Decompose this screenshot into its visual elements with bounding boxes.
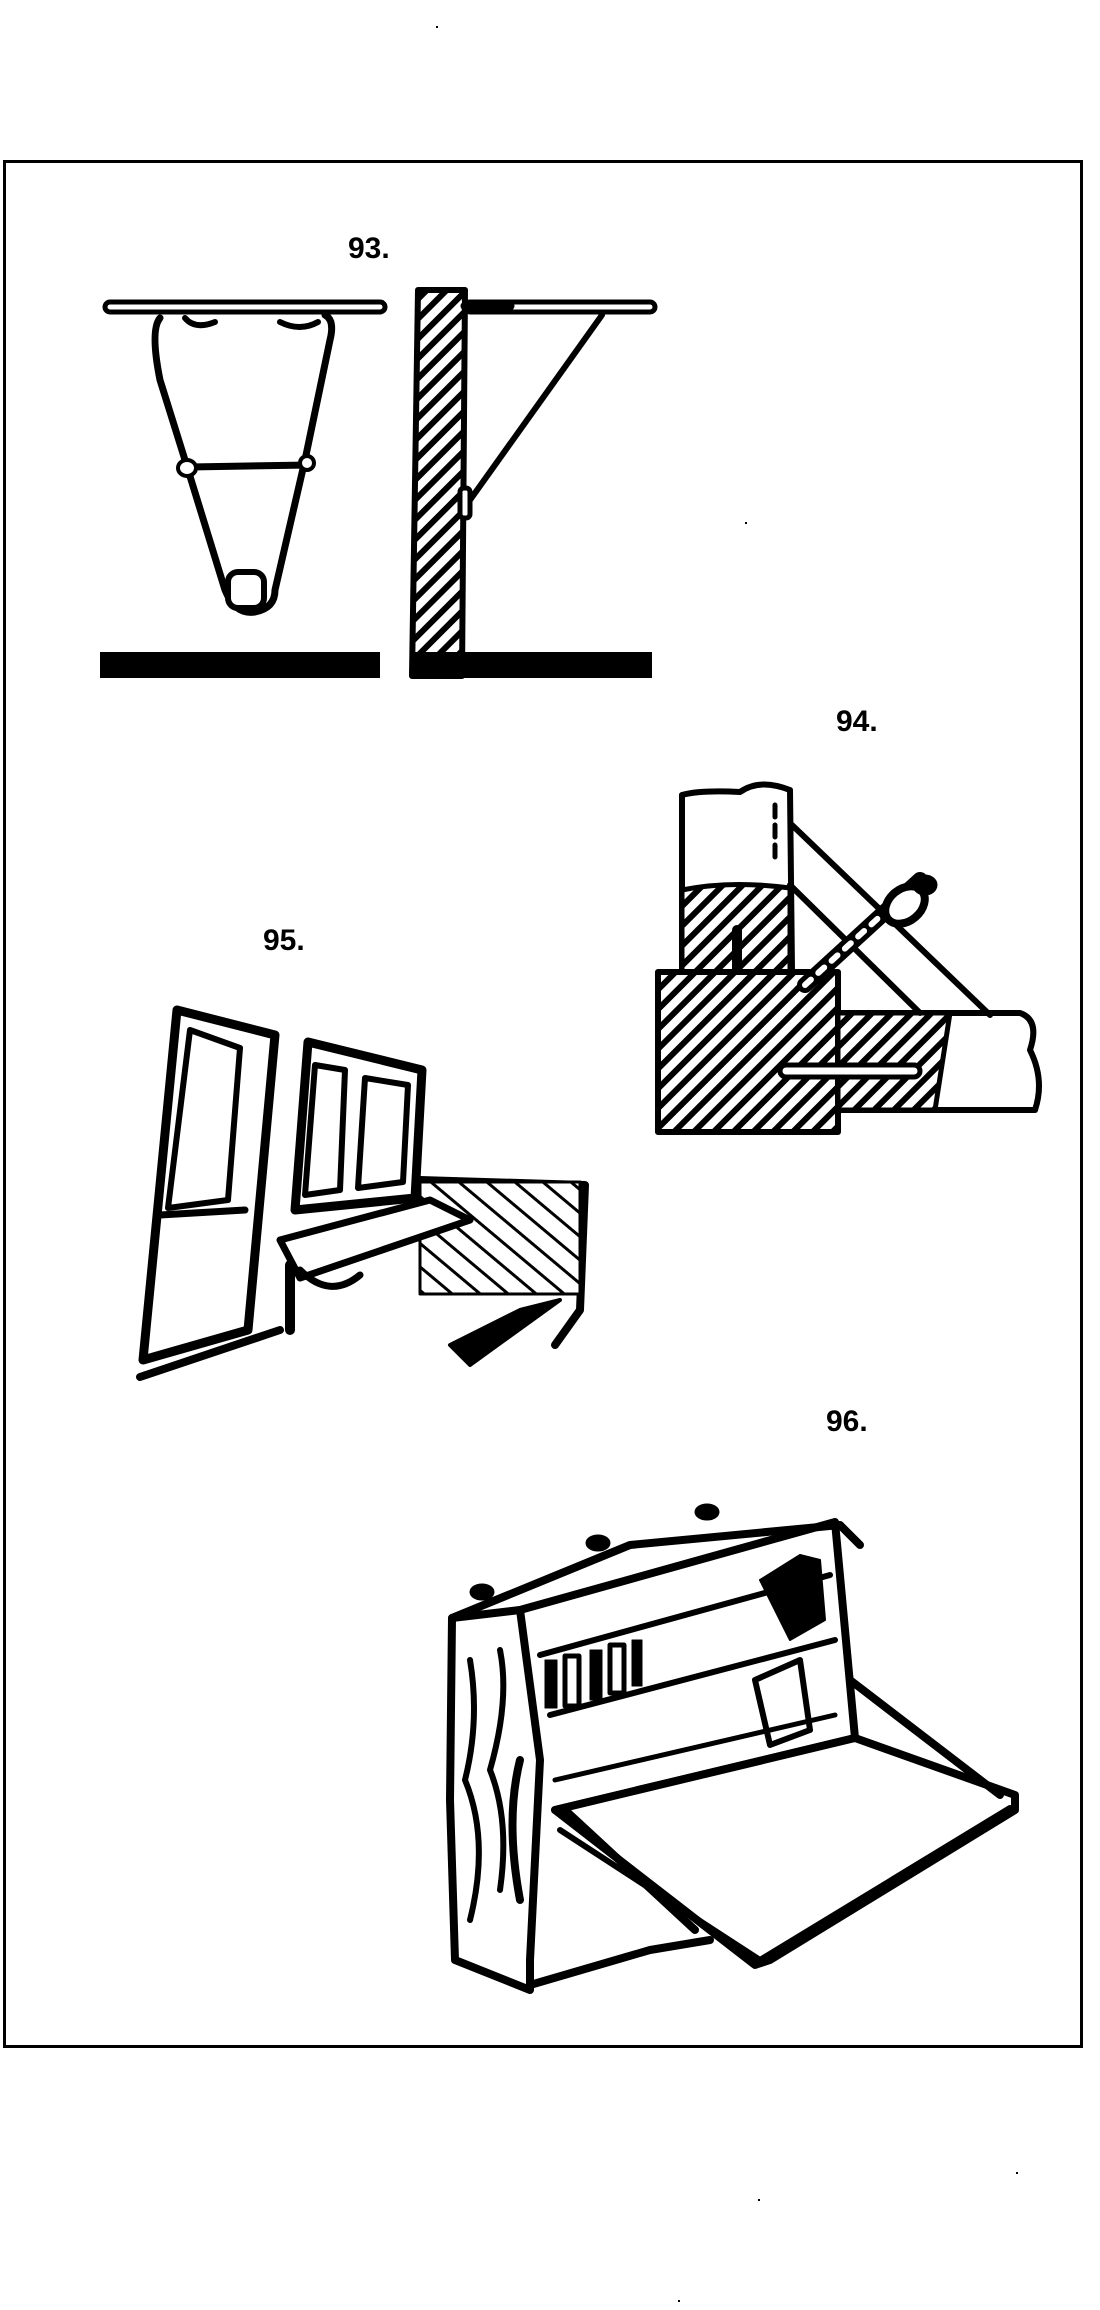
scan-speck [436,26,438,28]
scan-speck [1016,2172,1018,2174]
figure-96-drawing [450,1504,1015,1990]
scan-speck [758,2199,760,2201]
scan-speck [678,2300,680,2302]
figure-93-drawing [100,290,655,678]
scan-speck [745,522,747,524]
figure-94-drawing [658,784,1039,1132]
illustrations [0,0,1100,2310]
figure-95-drawing [140,1010,585,1377]
